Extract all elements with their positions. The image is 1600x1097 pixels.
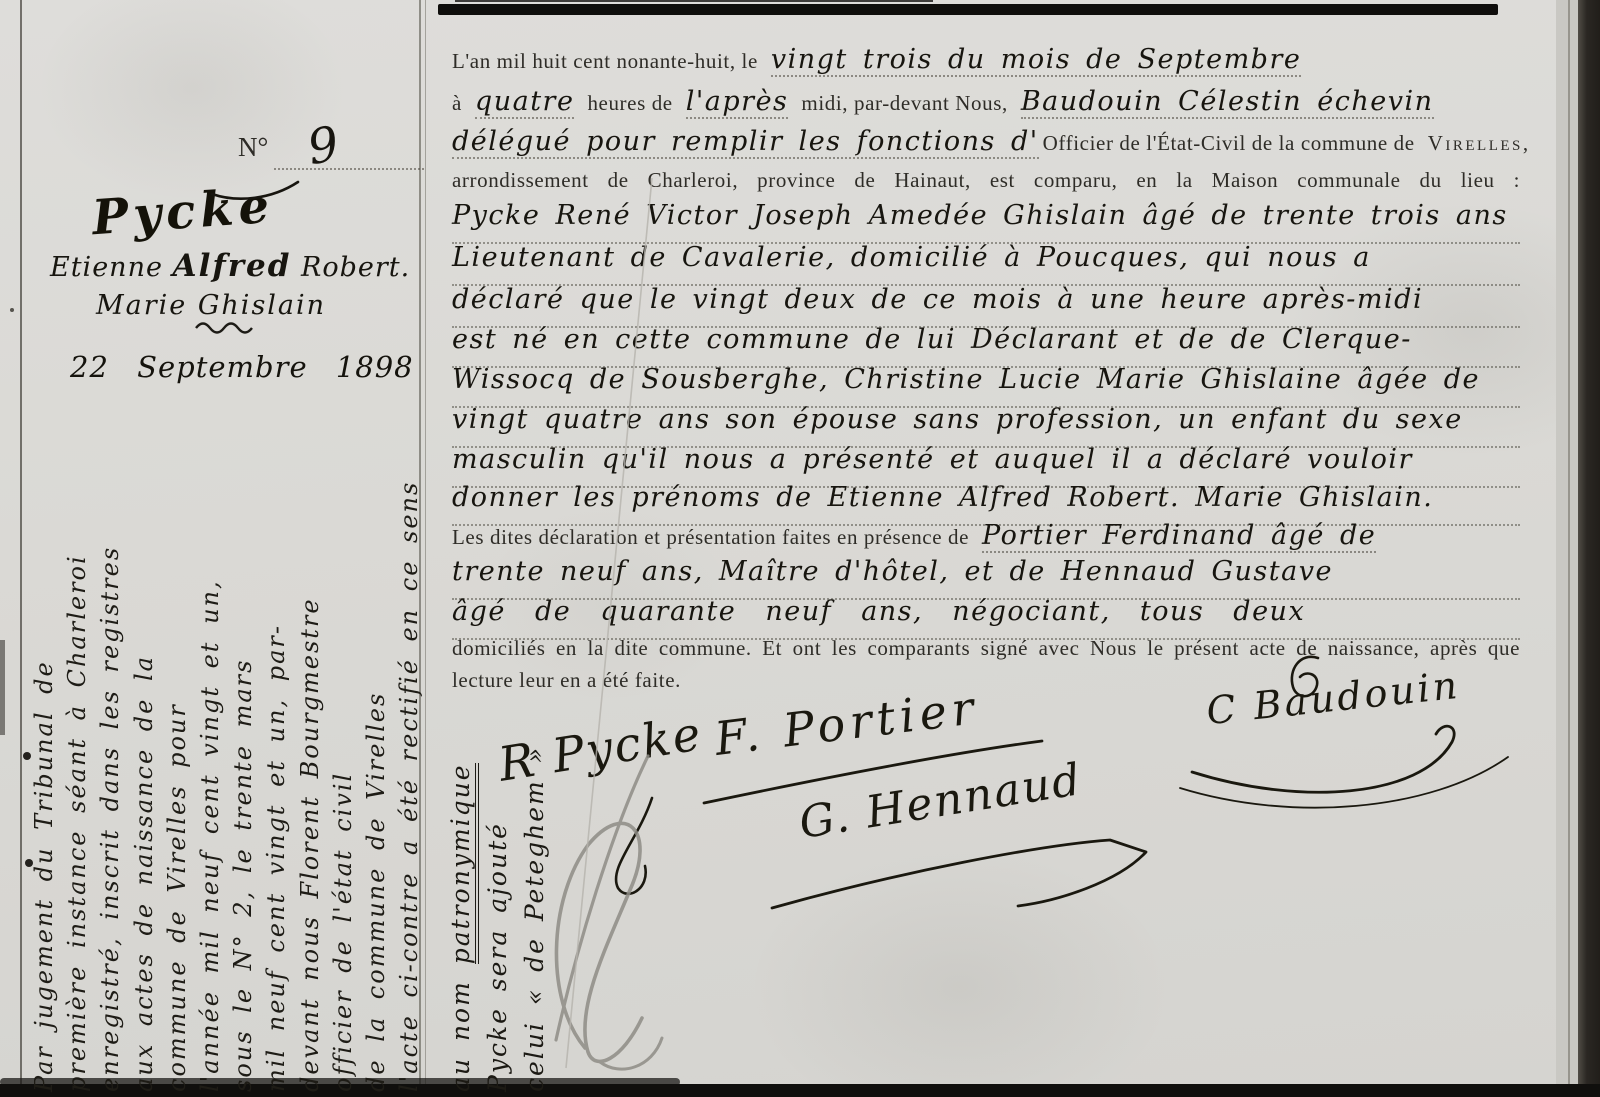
birth-certificate-scan: N°9 Pycke Etienne Alfred Robert. Marie G… xyxy=(0,0,1600,1097)
handwritten-text: vingt quatre ans son épouse sans profess… xyxy=(452,404,1463,435)
given-name-etienne: Etienne xyxy=(50,252,163,283)
margin-note-line: enregistré, inscrit dans les registres xyxy=(94,300,127,1092)
margin-note-line: mil neuf cent vingt et un, par- xyxy=(260,300,293,1092)
margin-note-line: l'année mil neuf cent vingt et un, xyxy=(194,300,227,1092)
handwritten-text: quatre xyxy=(475,86,575,119)
handwritten-text: Lieutenant de Cavalerie, domicilié à Pou… xyxy=(452,242,1371,273)
right-edge-line xyxy=(1568,0,1570,1097)
pycke-signature-flourish xyxy=(616,798,652,894)
right-scan-edge xyxy=(1578,0,1600,1097)
top-heavy-rule xyxy=(438,4,1498,15)
ink-speck xyxy=(10,308,14,312)
note-text: au nom xyxy=(446,980,475,1092)
margin-note-line: de la commune de Virelles xyxy=(360,300,393,1092)
left-margin-rule xyxy=(20,0,22,1097)
act-line-14: trente neuf ans, Maître d'hôtel, et de H… xyxy=(452,556,1520,600)
given-name-alfred: Alfred xyxy=(173,248,292,284)
margin-note-line: commune de Virelles pour xyxy=(161,300,194,1092)
act-line-1: L'an mil huit cent nonante-huit, le ving… xyxy=(452,44,1520,86)
printed-text: lecture leur en a été faite. xyxy=(452,668,681,692)
given-name-robert: Robert. xyxy=(301,252,410,283)
act-line-9: Wissocq de Sousberghe, Christine Lucie M… xyxy=(452,364,1520,408)
printed-text: domiciliés en la dite commune. Et ont le… xyxy=(452,636,1520,661)
printed-text: Officier de l'État-Civil de la commune d… xyxy=(1043,131,1415,155)
act-line-8: est né en cette commune de lui Déclarant… xyxy=(452,324,1520,368)
act-number-label: N° xyxy=(238,132,268,162)
handwritten-text: masculin qu'il nous a présenté et auquel… xyxy=(452,444,1413,475)
margin-given-names: Etienne Alfred Robert. xyxy=(50,248,410,284)
handwritten-text: délégué pour remplir les fonctions d' xyxy=(452,126,1039,159)
printed-text: L'an mil huit cent nonante-huit, le xyxy=(452,49,758,73)
edge-smudge xyxy=(0,640,5,735)
act-line-15: âgé de quarante neuf ans, négociant, tou… xyxy=(452,596,1520,640)
margin-note-line: première instance séant à Charleroi xyxy=(61,300,94,1092)
margin-note-line: devant nous Florent Bourgmestre xyxy=(294,300,327,1092)
top-thin-rule xyxy=(455,0,933,2)
handwritten-text: Portier Ferdinand âgé de xyxy=(982,520,1376,553)
margin-note-line: sous le N° 2, le trente mars xyxy=(227,300,260,1092)
printed-text: heures de xyxy=(587,91,672,115)
handwritten-text: déclaré que le vingt deux de ce mois à u… xyxy=(452,284,1423,315)
handwritten-text: Baudouin Célestin échevin xyxy=(1021,86,1434,119)
printed-text: Les dites déclaration et présentation fa… xyxy=(452,525,969,549)
act-line-5: Pycke René Victor Joseph Amedée Ghislain… xyxy=(452,200,1520,244)
act-number-slot: 9 xyxy=(274,112,424,170)
printed-text: midi, par-devant Nous, xyxy=(801,91,1007,115)
handwritten-text: l'après xyxy=(686,86,789,119)
printed-commune-name: Virelles, xyxy=(1428,131,1531,155)
printed-text: à xyxy=(452,91,462,115)
margin-surname: Pycke xyxy=(90,178,275,247)
act-line-2: à quatre heures de l'après midi, par-dev… xyxy=(452,86,1520,128)
printed-text: arrondissement de Charleroi, province de… xyxy=(452,168,1520,193)
handwritten-text: Pycke René Victor Joseph Amedée Ghislain… xyxy=(452,200,1508,231)
margin-note-line: au nom patronymique xyxy=(442,690,479,1092)
handwritten-text: est né en cette commune de lui Déclarant… xyxy=(452,324,1412,355)
handwritten-text: trente neuf ans, Maître d'hôtel, et de H… xyxy=(452,556,1333,587)
right-paper-edge xyxy=(1556,0,1578,1097)
handwritten-text: vingt trois du mois de Septembre xyxy=(771,44,1301,77)
act-number: N°9 xyxy=(238,112,424,170)
handwritten-text: donner les prénoms de Etienne Alfred Rob… xyxy=(452,482,1433,513)
note-underlined-word: patronymique xyxy=(446,763,479,964)
pencil-scrawl xyxy=(556,756,662,1069)
act-line-6: Lieutenant de Cavalerie, domicilié à Pou… xyxy=(452,242,1520,286)
handwritten-text: âgé de quarante neuf ans, négociant, tou… xyxy=(452,596,1305,627)
baudouin-signature-flourish xyxy=(1192,726,1454,792)
signature-hennaud: G. Hennaud xyxy=(796,754,1086,849)
baudouin-signature-tail xyxy=(1180,757,1508,808)
act-line-3: délégué pour remplir les fonctions d' Of… xyxy=(452,126,1520,168)
margin-note-line: l'acte ci-contre a été rectifié en ce se… xyxy=(393,300,426,1092)
act-line-7: déclaré que le vingt deux de ce mois à u… xyxy=(452,284,1520,328)
act-number-value: 9 xyxy=(304,116,344,176)
margin-note-line: Par jugement du Tribunal de xyxy=(28,300,61,1092)
margin-note-line: aux actes de naissance de la xyxy=(128,300,161,1092)
hennaud-signature-flourish xyxy=(772,840,1146,908)
handwritten-text: Wissocq de Sousberghe, Christine Lucie M… xyxy=(452,364,1480,395)
margin-annotation-rotated: Par jugement du Tribunal de première ins… xyxy=(28,300,428,1092)
margin-note-line: officier de l'état civil xyxy=(327,300,360,1092)
act-line-10: vingt quatre ans son épouse sans profess… xyxy=(452,404,1520,448)
